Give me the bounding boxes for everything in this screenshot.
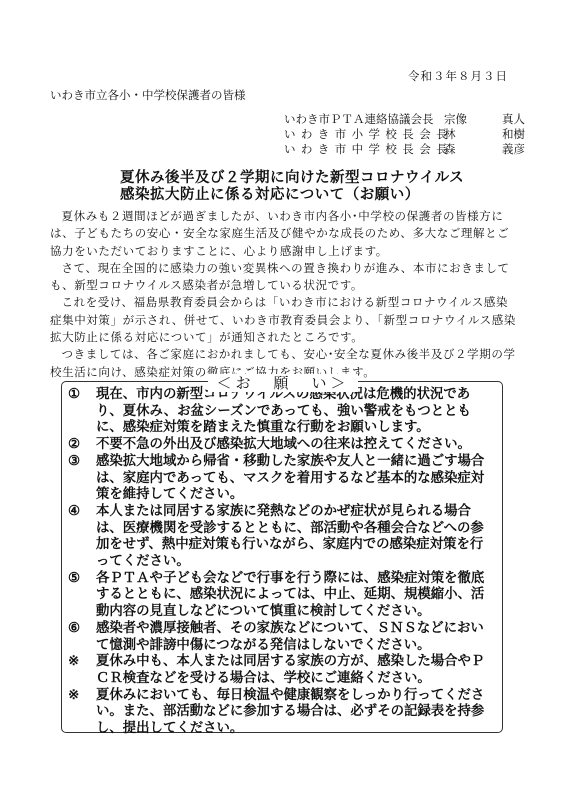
sender-title: いわき市ＰＴＡ連絡協議会長 [284, 112, 444, 127]
item-text: 感染拡大地域から帰省・移動した家族や友人と一緒に過ごす場合は、家庭内であっても、… [96, 453, 494, 503]
paragraph: さて、現在全国的に感染力の強い変異株への置き換わりが進み、本市におきましても、新… [50, 260, 516, 295]
requests-box: ① 現在、市内の新型コロナウイルスの感染状況は危機的状況であり、夏休み、お盆シー… [61, 381, 503, 733]
requests-heading-text: ＜お 願 い＞ [208, 374, 357, 392]
body-text: 夏休みも２週間ほどが過ぎましたが、いわき市内各小･中学校の保護者の皆様方には、子… [50, 208, 516, 381]
paragraph: これを受け、福島県教育委員会からは「いわき市における新型コロナウイルス感染症集中… [50, 294, 516, 346]
document-title: 夏休み後半及び２学期に向けた新型コロナウイルス 感染拡大防止に係る対応について（… [0, 170, 566, 204]
item-text: 本人または同居する家族に発熱などのかぜ症状が見られる場合は、医療機関を受診すると… [96, 503, 494, 570]
item-text: 現在、市内の新型コロナウイルスの感染状況は危機的状況であり、夏休み、お盆シーズン… [96, 386, 494, 436]
request-item: ④ 本人または同居する家族に発熱などのかぜ症状が見られる場合は、医療機関を受診す… [68, 503, 494, 570]
sender-given-name: 和樹 [502, 127, 542, 142]
sender-surname: 林 [444, 127, 502, 142]
sender-given-name: 義彦 [502, 142, 542, 157]
item-marker: ① [68, 386, 96, 436]
sender-pta: いわき市ＰＴＡ連絡協議会長 宗像 真人 [284, 112, 542, 127]
note-marker: ※ [68, 687, 96, 737]
request-item: ⑥ 感染者や濃厚接触者、その家族などについて、ＳＮＳなどにおいて憶測や誹謗中傷に… [68, 620, 494, 653]
sender-title: いわき市中学校長会長 [284, 142, 444, 157]
note-item: ※ 夏休みにおいても、毎日検温や健康観察をしっかり行ってください。また、部活動な… [68, 687, 494, 737]
sender-block: いわき市ＰＴＡ連絡協議会長 宗像 真人 いわき市小学校長会長 林 和樹 いわき市… [284, 112, 542, 157]
sender-surname: 宗像 [444, 112, 502, 127]
item-text: 夏休み中も、本人または同居する家族の方が、感染した場合やＰＣＲ検査などを受ける場… [96, 653, 494, 686]
note-marker: ※ [68, 653, 96, 686]
item-marker: ④ [68, 503, 96, 570]
sender-given-name: 真人 [502, 112, 542, 127]
request-item: ⑤ 各ＰＴＡや子ども会などで行事を行う際には、感染症対策を徹底するとともに、感染… [68, 570, 494, 620]
item-text: 感染者や濃厚接触者、その家族などについて、ＳＮＳなどにおいて憶測や誹謗中傷につな… [96, 620, 494, 653]
request-item: ③ 感染拡大地域から帰省・移動した家族や友人と一緒に過ごす場合は、家庭内であって… [68, 453, 494, 503]
requests-heading: ＜お 願 い＞ [0, 372, 566, 393]
request-item: ② 不要不急の外出及び感染拡大地域への往来は控えてください。 [68, 436, 494, 453]
item-marker: ② [68, 436, 96, 453]
item-text: 不要不急の外出及び感染拡大地域への往来は控えてください。 [96, 436, 494, 453]
item-text: 夏休みにおいても、毎日検温や健康観察をしっかり行ってください。また、部活動などに… [96, 687, 494, 737]
item-marker: ⑥ [68, 620, 96, 653]
sender-title: いわき市小学校長会長 [284, 127, 444, 142]
sender-elementary: いわき市小学校長会長 林 和樹 [284, 127, 542, 142]
request-item: ① 現在、市内の新型コロナウイルスの感染状況は危機的状況であり、夏休み、お盆シー… [68, 386, 494, 436]
item-marker: ⑤ [68, 570, 96, 620]
title-line-1: 夏休み後半及び２学期に向けた新型コロナウイルス [100, 170, 566, 187]
sender-junior-high: いわき市中学校長会長 森 義彦 [284, 142, 542, 157]
title-line-2: 感染拡大防止に係る対応について（お願い） [100, 187, 566, 204]
sender-surname: 森 [444, 142, 502, 157]
item-text: 各ＰＴＡや子ども会などで行事を行う際には、感染症対策を徹底するとともに、感染状況… [96, 570, 494, 620]
addressee: いわき市立各小・中学校保護者の皆様 [50, 87, 246, 103]
document-date: 令和３年８月３日 [408, 68, 508, 84]
note-item: ※ 夏休み中も、本人または同居する家族の方が、感染した場合やＰＣＲ検査などを受け… [68, 653, 494, 686]
item-marker: ③ [68, 453, 96, 503]
paragraph: 夏休みも２週間ほどが過ぎましたが、いわき市内各小･中学校の保護者の皆様方には、子… [50, 208, 516, 260]
